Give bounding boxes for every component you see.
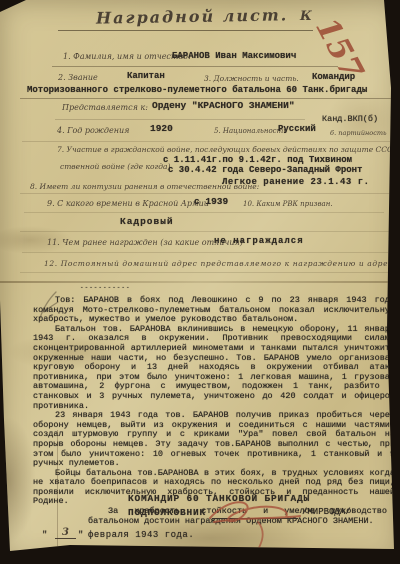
field-party-value: Канд.ВКП(б) bbox=[322, 114, 378, 124]
field-presented-label: Представляется к: bbox=[62, 103, 148, 112]
field-service-value: с 1939 bbox=[194, 196, 228, 207]
field-participation-label-2: ственной войне (где когда) bbox=[60, 162, 170, 171]
field-presented-value: Ордену "КРАСНОГО ЗНАМЕНИ" bbox=[152, 100, 295, 111]
date-quote-open: " bbox=[42, 530, 47, 540]
citation-paragraph-2: Батальон тов. БАРАНОВА вклинившись в нем… bbox=[33, 325, 395, 411]
date-quote-close: " bbox=[78, 530, 83, 540]
scanned-award-document: Наградной лист. К 1. Фамилия, имя и отче… bbox=[0, 0, 400, 564]
field-service-label: 9. С какого времени в Красной Армии bbox=[47, 199, 209, 208]
field-unit-value: Моторизованного стрелково-пулеметного ба… bbox=[27, 85, 367, 95]
field-drafted-value: Кадровый bbox=[120, 216, 174, 227]
header-annotation: К bbox=[300, 9, 312, 24]
paper-sheet: Наградной лист. К 1. Фамилия, имя и отче… bbox=[0, 0, 400, 564]
field-participation-value-1: с 1.11.41г.по 9.1.42г. под Тихвином bbox=[163, 155, 352, 165]
signature-rank: ПОДПОЛКОВНИК bbox=[128, 507, 206, 518]
field-nationality-label: 5. Национальность bbox=[214, 127, 287, 135]
field-address-label: 12. Постоянный домашний адрес представля… bbox=[44, 259, 400, 268]
dash-separator: ----------- bbox=[80, 284, 131, 291]
field-nationality-value: Русский bbox=[278, 124, 316, 134]
citation-paragraph-1: Тов: БАРАНОВ в боях под Левошкино с 9 по… bbox=[33, 296, 395, 325]
title-underline bbox=[58, 30, 313, 31]
commander-signature-autograph bbox=[196, 492, 326, 564]
field-rank-label: 2. Звание bbox=[58, 73, 98, 82]
date-text: февраля 1943 года. bbox=[88, 530, 194, 540]
field-position-label: 3. Должность и часть. bbox=[204, 74, 299, 83]
field-birthyear-value: 1920 bbox=[150, 123, 173, 134]
paper-seam bbox=[0, 281, 400, 283]
date-day: 3 bbox=[55, 527, 76, 539]
field-party-label: 6. партийность bbox=[330, 129, 387, 137]
field-rank-value: Капитан bbox=[127, 71, 165, 81]
paper-crease bbox=[57, 430, 58, 548]
document-title: Наградной лист. bbox=[96, 5, 289, 27]
field-name-value: БАРАНОВ Иван Максимович bbox=[172, 51, 296, 61]
field-drafted-label: 10. Каким РВК призван. bbox=[243, 200, 333, 208]
field-prior-awards-value: не награждался bbox=[214, 236, 304, 246]
citation-paragraph-3: 23 января 1943 года тов. БАРАНОВ получив… bbox=[33, 411, 395, 469]
field-participation-label-1: 7. Участие в гражданской войне, последую… bbox=[57, 145, 400, 154]
field-birthyear-label: 4. Год рождения bbox=[57, 126, 129, 135]
field-participation-value-2: с 30.4.42 года Северо-Западный Фронт bbox=[168, 165, 362, 175]
field-wounds-value: Легкое ранение 23.1.43 г. bbox=[222, 177, 370, 187]
